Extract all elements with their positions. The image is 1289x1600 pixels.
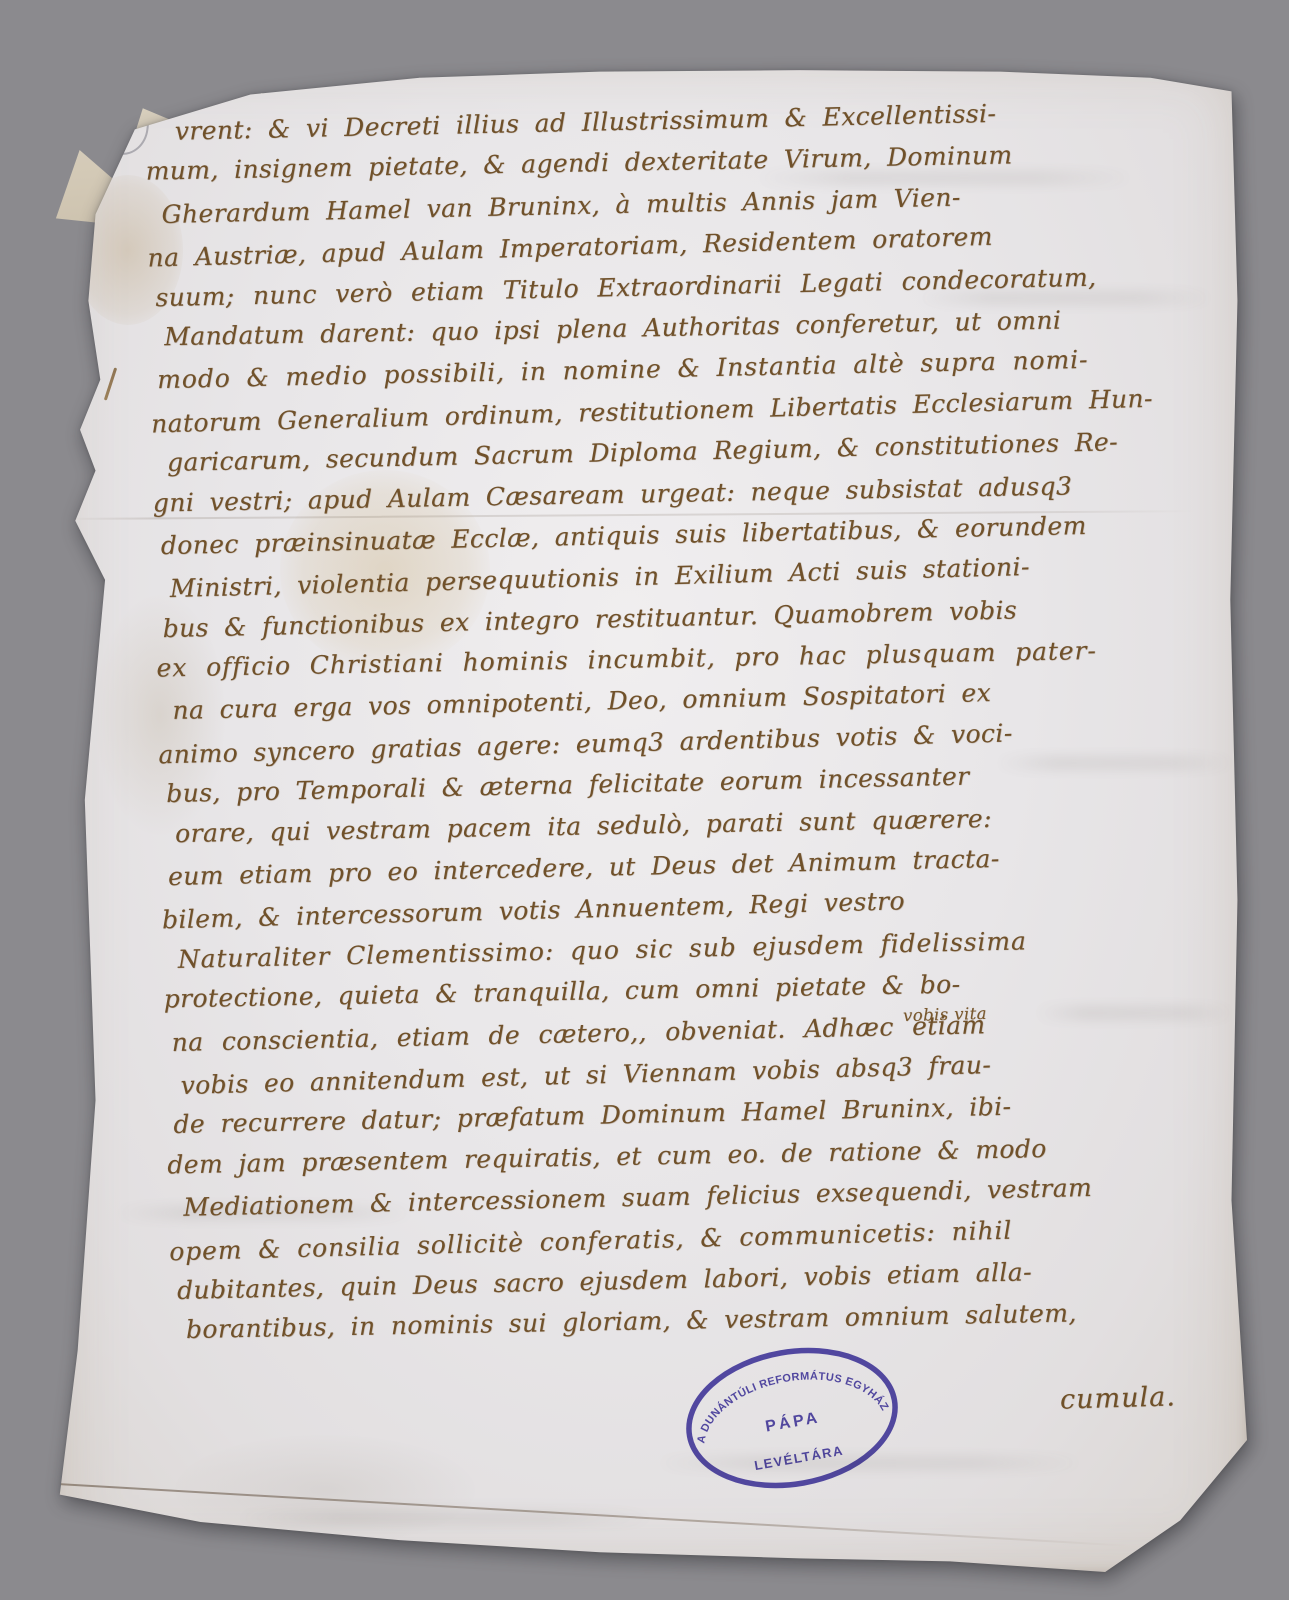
manuscript-page: 2 vrent: & vi Decreti illius ad Illustri… — [55, 55, 1247, 1572]
paper-stain — [175, 1435, 475, 1545]
stamp-center-text: PÁPA — [764, 1407, 822, 1435]
handwritten-text-block: vrent: & vi Decreti illius ad Illustriss… — [144, 87, 1247, 1353]
catchword: cumula. — [1060, 1381, 1177, 1415]
scanned-manuscript-photo: 2 vrent: & vi Decreti illius ad Illustri… — [0, 0, 1289, 1600]
margin-mark — [104, 367, 117, 400]
pencil-page-number-circle: 2 — [95, 88, 152, 158]
ink-speck — [301, 80, 307, 86]
archive-stamp: A DUNÁNTÚLI REFORMÁTUS EGYHÁZKERÜLET PÁP… — [666, 1324, 919, 1512]
interlinear-insertion: vobis vita — [903, 1004, 987, 1025]
manuscript-page-wrap: 2 vrent: & vi Decreti illius ad Illustri… — [55, 55, 1247, 1572]
pencil-page-number: 2 — [114, 105, 135, 141]
bleed-through — [235, 1510, 655, 1526]
stamp-bottom-text: LEVÉLTÁRA — [753, 1443, 845, 1473]
bottom-fold-crease — [57, 1483, 1130, 1546]
